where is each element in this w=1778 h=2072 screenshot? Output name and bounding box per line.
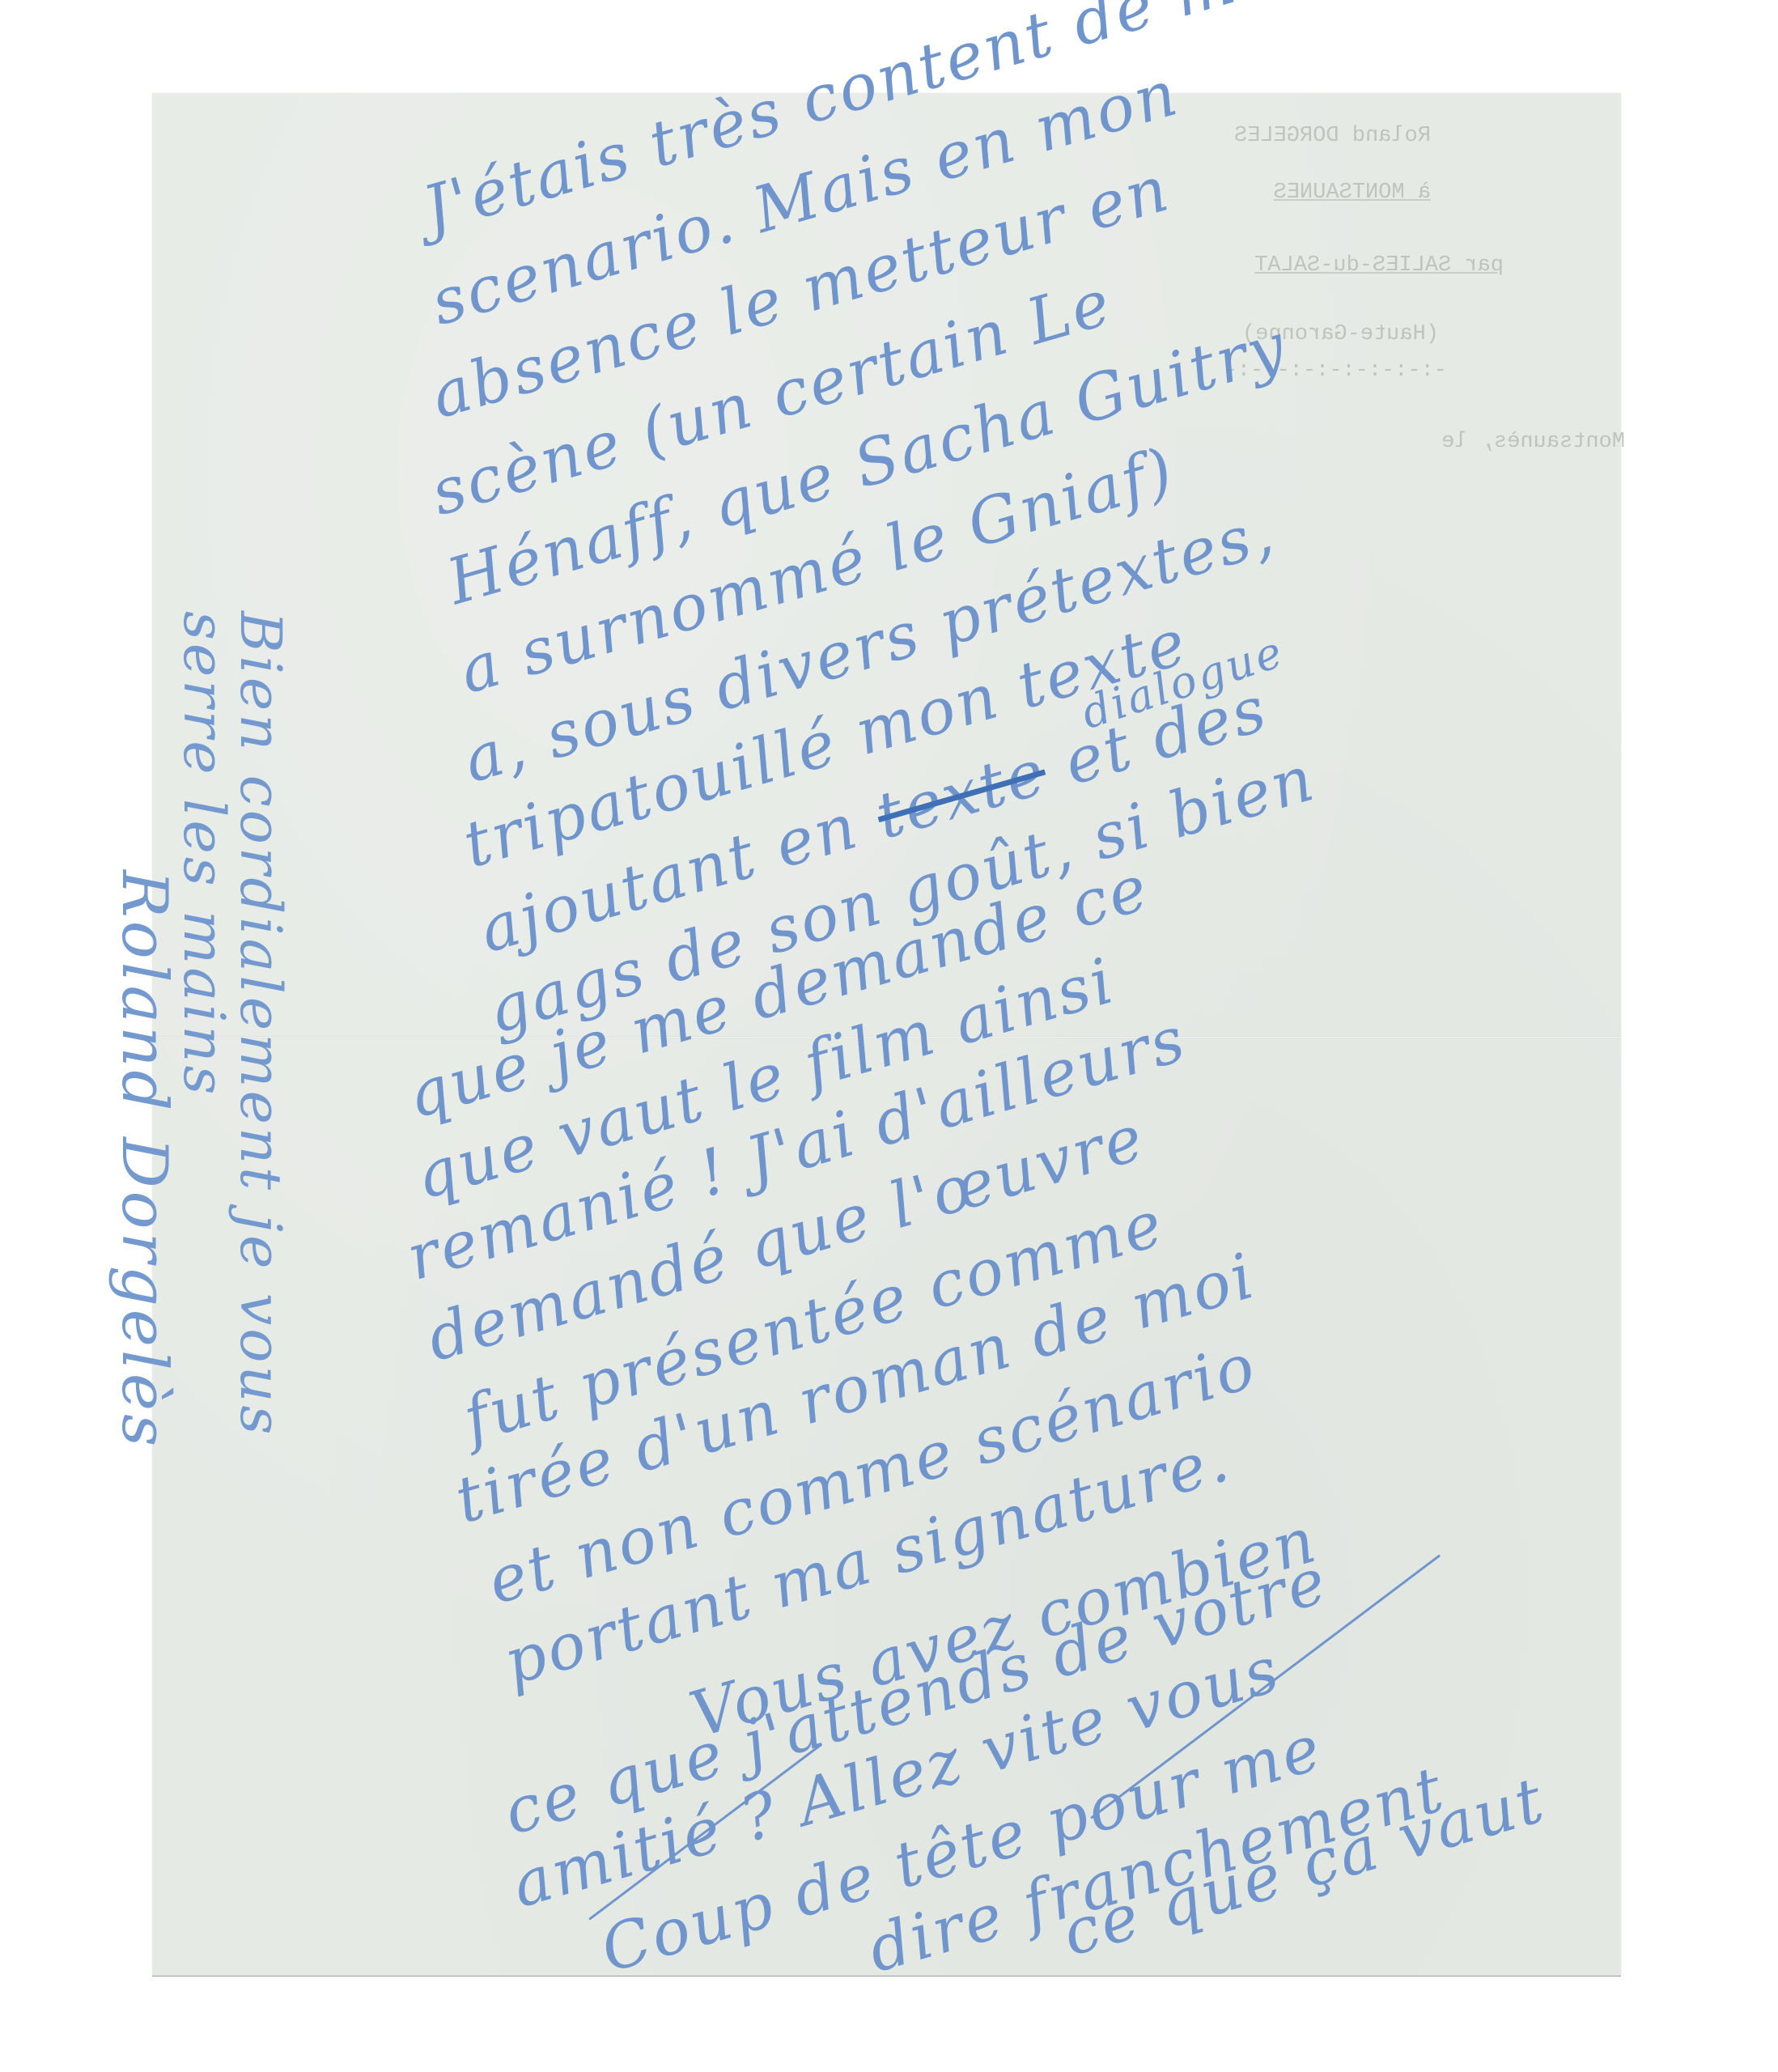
margin-signature: Roland Dorgelès: [108, 870, 180, 1450]
letter-sheet: Roland DORGELES à MONTSAUNES par SALIES-…: [152, 93, 1621, 1976]
margin-postscript-line-2: serre les mains: [171, 611, 237, 1098]
handwritten-body: J'étais très content de mon scenario. Ma…: [152, 93, 1621, 1976]
margin-postscript-line-1: Bien cordialement je vous: [227, 611, 294, 1437]
